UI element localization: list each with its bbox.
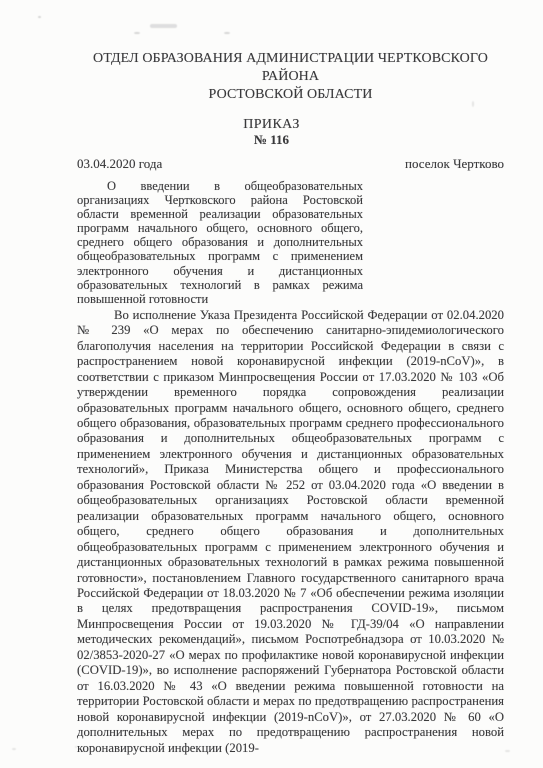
scan-speck xyxy=(134,32,140,34)
document-content: ОТДЕЛ ОБРАЗОВАНИЯ АДМИНИСТРАЦИИ ЧЕРТКОВС… xyxy=(77,50,504,756)
scan-speck xyxy=(12,748,16,750)
document-meta-row: 03.04.2020 года поселок Чертково xyxy=(77,156,504,171)
scan-speck xyxy=(505,750,510,752)
scan-speck xyxy=(38,16,41,18)
document-subject: О введении в общеобразовательных организ… xyxy=(77,179,363,306)
scan-smudge xyxy=(150,24,177,28)
document-type-title: ПРИКАЗ xyxy=(58,117,485,132)
document-place: поселок Чертково xyxy=(405,156,504,171)
scan-speck xyxy=(224,32,230,34)
organization-name-line1: ОТДЕЛ ОБРАЗОВАНИЯ АДМИНИСТРАЦИИ ЧЕРТКОВС… xyxy=(77,50,504,86)
document-page: ОТДЕЛ ОБРАЗОВАНИЯ АДМИНИСТРАЦИИ ЧЕРТКОВС… xyxy=(0,0,543,768)
document-date: 03.04.2020 года xyxy=(77,156,162,171)
organization-name-line2: РОСТОВСКОЙ ОБЛАСТИ xyxy=(77,86,504,104)
document-body-paragraph: Во исполнение Указа Президента Российско… xyxy=(77,308,504,756)
document-number: № 116 xyxy=(58,132,485,147)
organization-name: ОТДЕЛ ОБРАЗОВАНИЯ АДМИНИСТРАЦИИ ЧЕРТКОВС… xyxy=(77,50,504,104)
